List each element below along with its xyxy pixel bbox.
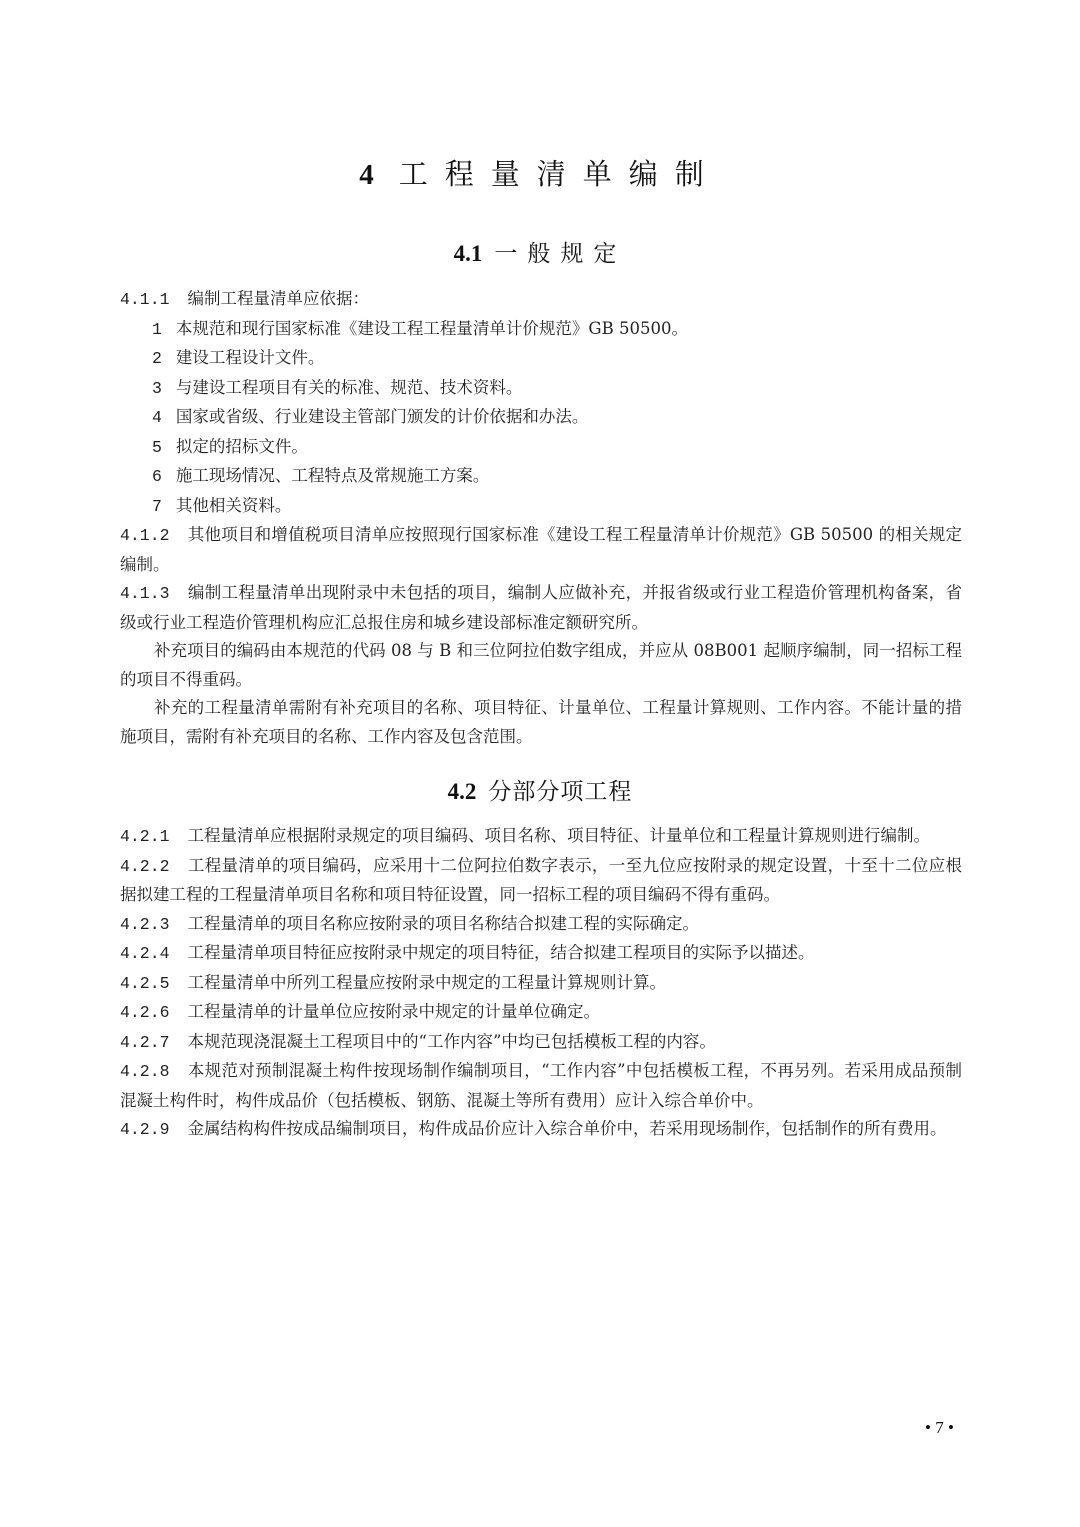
item-number: 3	[152, 379, 162, 398]
clause-text: 工程量清单的计量单位应按附录中规定的计量单位确定。	[188, 1002, 601, 1021]
item-text: 国家或省级、行业建设主管部门颁发的计价依据和办法。	[176, 407, 589, 426]
item-text: 与建设工程项目有关的标准、规范、技术资料。	[176, 378, 523, 397]
item-number: 1	[152, 320, 162, 339]
page-number: • 7 •	[925, 1418, 954, 1438]
clause-text: 工程量清单项目特征应按附录中规定的项目特征，结合拟建工程项目的实际予以描述。	[188, 943, 815, 962]
clause-4-2-8: 4.2.8本规范对预制混凝土构件按现场制作编制项目，“工作内容”中包括模板工程，…	[120, 1057, 962, 1115]
clause-4-2-7: 4.2.7本规范现浇混凝土工程项目中的“工作内容”中均已包括模板工程的内容。	[120, 1028, 962, 1058]
clause-4-2-6: 4.2.6工程量清单的计量单位应按附录中规定的计量单位确定。	[120, 998, 962, 1028]
clause-number: 4.2.1	[120, 827, 170, 846]
clause-number: 4.2.8	[120, 1062, 170, 1081]
clause-text: 工程量清单中所列工程量应按附录中规定的工程量计算规则计算。	[188, 973, 667, 992]
item-number: 6	[152, 467, 162, 486]
clause-4-1-2: 4.1.2其他项目和增值税项目清单应按照现行国家标准《建设工程工程量清单计价规范…	[120, 521, 962, 579]
item-number: 2	[152, 349, 162, 368]
item-text: 本规范和现行国家标准《建设工程工程量清单计价规范》GB 50500。	[176, 319, 688, 338]
clause-4-2-2: 4.2.2工程量清单的项目编码，应采用十二位阿拉伯数字表示，一至九位应按附录的规…	[120, 852, 962, 910]
clause-number: 4.2.6	[120, 1003, 170, 1022]
item-number: 4	[152, 408, 162, 427]
item-text: 施工现场情况、工程特点及常规施工方案。	[176, 466, 490, 485]
clause-text: 工程量清单的项目名称应按附录的项目名称结合拟建工程的实际确定。	[188, 914, 700, 933]
clause-4-2-4: 4.2.4工程量清单项目特征应按附录中规定的项目特征，结合拟建工程项目的实际予以…	[120, 939, 962, 969]
clause-number: 4.2.7	[120, 1033, 170, 1052]
clause-text: 编制工程量清单出现附录中未包括的项目，编制人应做补充，并报省级或行业工程造价管理…	[120, 583, 962, 632]
list-item: 6施工现场情况、工程特点及常规施工方案。	[120, 462, 962, 492]
section-title-text: 分部分项工程	[488, 779, 632, 805]
clause-number: 4.1.3	[120, 584, 170, 603]
clause-4-2-3: 4.2.3工程量清单的项目名称应按附录的项目名称结合拟建工程的实际确定。	[120, 910, 962, 940]
clause-4-1-3-para-3: 补充的工程量清单需附有补充项目的名称、项目特征、计量单位、工程量计算规则、工作内…	[120, 694, 962, 751]
item-text: 拟定的招标文件。	[176, 437, 308, 456]
clause-4-1-3: 4.1.3编制工程量清单出现附录中未包括的项目，编制人应做补充，并报省级或行业工…	[120, 579, 962, 637]
section-title-4-1: 4.1一般规定	[0, 235, 1080, 268]
clause-number: 4.2.9	[120, 1120, 170, 1139]
clause-4-2-9: 4.2.9金属结构构件按成品编制项目，构件成品价应计入综合单价中，若采用现场制作…	[120, 1115, 962, 1145]
clause-text: 工程量清单的项目编码，应采用十二位阿拉伯数字表示，一至九位应按附录的规定设置，十…	[120, 856, 962, 905]
list-item: 1本规范和现行国家标准《建设工程工程量清单计价规范》GB 50500。	[120, 315, 962, 345]
section-4-2-body: 4.2.1工程量清单应根据附录规定的项目编码、项目名称、项目特征、计量单位和工程…	[120, 822, 962, 1145]
item-number: 7	[152, 497, 162, 516]
clause-text: 工程量清单应根据附录规定的项目编码、项目名称、项目特征、计量单位和工程量计算规则…	[188, 826, 931, 845]
clause-number: 4.1.2	[120, 526, 170, 545]
item-number: 5	[152, 438, 162, 457]
clause-text: 金属结构构件按成品编制项目，构件成品价应计入综合单价中，若采用现场制作，包括制作…	[188, 1119, 947, 1138]
clause-text: 本规范对预制混凝土构件按现场制作编制项目，“工作内容”中包括模板工程，不再另列。…	[120, 1061, 962, 1110]
clause-number: 4.2.5	[120, 974, 170, 993]
section-title-text: 一般规定	[494, 241, 626, 267]
clause-number: 4.2.4	[120, 944, 170, 963]
section-title-4-2: 4.2分部分项工程	[0, 773, 1080, 806]
clause-text: 编制工程量清单应依据：	[188, 289, 370, 308]
clause-4-1-1: 4.1.1编制工程量清单应依据：	[120, 285, 962, 315]
list-item: 4国家或省级、行业建设主管部门颁发的计价依据和办法。	[120, 403, 962, 433]
clause-number: 4.2.2	[120, 857, 170, 876]
chapter-title-text: 工程量清单编制	[399, 157, 721, 191]
clause-4-2-1: 4.2.1工程量清单应根据附录规定的项目编码、项目名称、项目特征、计量单位和工程…	[120, 822, 962, 852]
item-text: 其他相关资料。	[176, 496, 292, 515]
section-number: 4.1	[454, 241, 483, 266]
list-item: 3与建设工程项目有关的标准、规范、技术资料。	[120, 374, 962, 404]
clause-text: 本规范现浇混凝土工程项目中的“工作内容”中均已包括模板工程的内容。	[188, 1032, 716, 1051]
chapter-number: 4	[359, 159, 391, 191]
list-item: 2建设工程设计文件。	[120, 344, 962, 374]
clause-number: 4.1.1	[120, 290, 170, 309]
section-4-1-body: 4.1.1编制工程量清单应依据： 1本规范和现行国家标准《建设工程工程量清单计价…	[120, 285, 962, 751]
clause-number: 4.2.3	[120, 915, 170, 934]
chapter-title: 4工程量清单编制	[0, 152, 1080, 193]
list-item: 7其他相关资料。	[120, 492, 962, 522]
list-item: 5拟定的招标文件。	[120, 433, 962, 463]
section-number: 4.2	[448, 779, 477, 804]
clause-4-1-3-para-2: 补充项目的编码由本规范的代码 08 与 B 和三位阿拉伯数字组成，并应从 08B…	[120, 637, 962, 694]
item-text: 建设工程设计文件。	[176, 348, 325, 367]
clause-4-2-5: 4.2.5工程量清单中所列工程量应按附录中规定的工程量计算规则计算。	[120, 969, 962, 999]
clause-text: 其他项目和增值税项目清单应按照现行国家标准《建设工程工程量清单计价规范》GB 5…	[120, 525, 962, 574]
